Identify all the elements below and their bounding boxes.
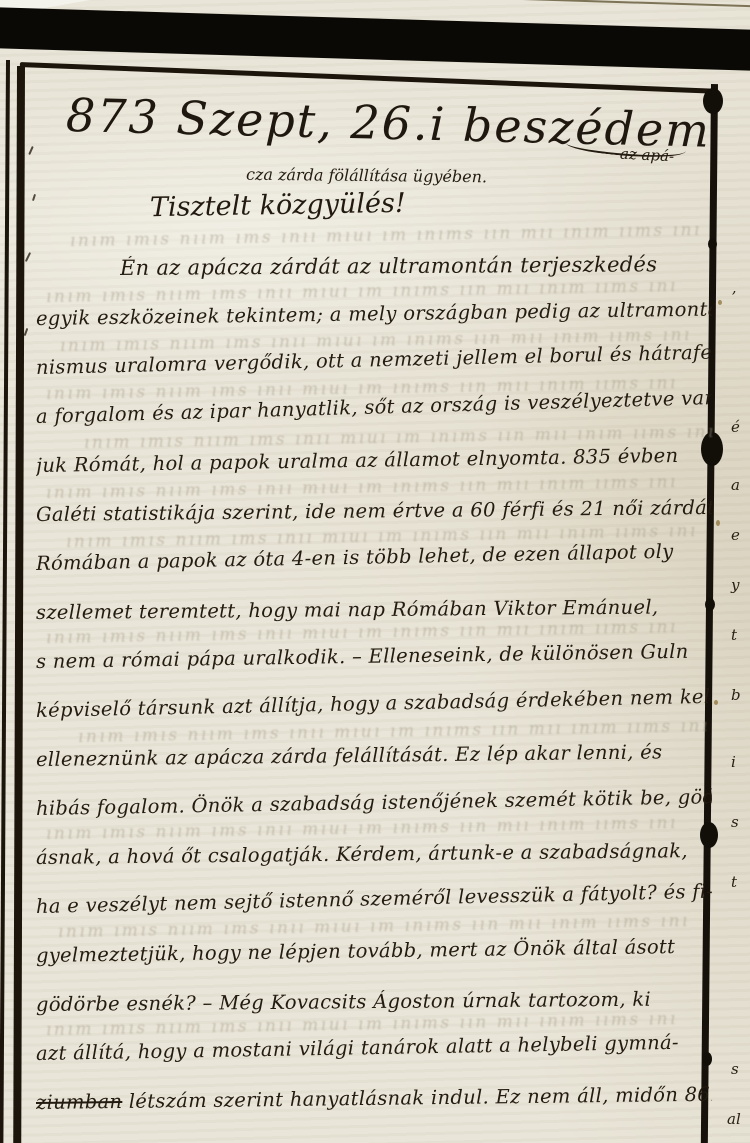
page-border-left-outer xyxy=(0,60,10,1143)
margin-fragment: b xyxy=(731,686,741,704)
ink-speck xyxy=(28,146,33,155)
margin-fragment: a xyxy=(731,476,740,494)
ink-speck xyxy=(24,328,29,336)
scanner-black-band xyxy=(0,7,750,72)
margin-fragment: s xyxy=(731,813,739,831)
margin-fragment: t xyxy=(731,873,737,891)
title-annotation: az apá- xyxy=(620,145,675,166)
subtitle: cza zárda fölállítása ügyében. xyxy=(246,165,487,187)
margin-fragment: t xyxy=(731,626,737,644)
text-line-rest: létszám szerint hanyatlásnak indul. Ez n… xyxy=(122,1083,712,1113)
ink-speck xyxy=(25,252,31,262)
rust-speck xyxy=(716,520,720,526)
margin-fragment: y xyxy=(731,576,739,594)
ink-blob xyxy=(708,238,717,250)
rust-speck xyxy=(714,700,718,705)
text-line: képviselő társunk azt állítja, hogy a sz… xyxy=(36,685,712,722)
margin-fragment: al xyxy=(727,1110,741,1128)
margin-fragment: i xyxy=(731,753,736,771)
ink-speck xyxy=(32,194,36,201)
rust-speck xyxy=(718,300,722,305)
ink-blob xyxy=(702,1052,712,1066)
margin-fragment: é xyxy=(731,418,740,436)
struck-word: ziumban xyxy=(36,1090,123,1114)
text-line: ásnak, a hová őt csalogatják. Kérdem, ár… xyxy=(36,839,712,869)
margin-fragment: ʼ xyxy=(731,288,736,306)
salutation: Tisztelt közgyülés! xyxy=(150,188,406,223)
margin-fragment: s xyxy=(731,1060,739,1078)
page-border-left-inner xyxy=(13,66,25,1143)
bleedthrough-line: ınım ımıs nıım ıms ınıı mıuı ım ınıms ıı… xyxy=(70,220,700,251)
scan-edge-line xyxy=(468,0,750,8)
margin-fragment: e xyxy=(731,526,740,544)
text-line: ziumban létszám szerint hanyatlásnak ind… xyxy=(36,1083,712,1114)
text-line: Én az apácza zárdát az ultramontán terje… xyxy=(120,251,750,280)
manuscript-page: ınım ımıs nıım ıms ınıı mıuı ım ınıms ıı… xyxy=(0,0,750,1143)
